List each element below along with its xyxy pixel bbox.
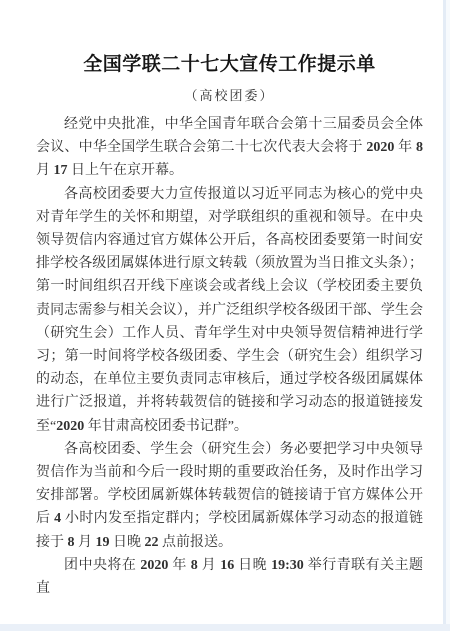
paragraph-live-broadcast: 团中央将在 2020 年 8 月 16 日晚 19:30 举行青联有关主题直	[36, 554, 423, 600]
document-viewer: 全国学联二十七大宣传工作提示单 （高校团委） 经党中央批准，中华全国青年联合会第…	[0, 0, 450, 631]
paragraph-study-deployment: 各高校团委、学生会（研究生会）务必要把学习中央领导贺信作为当前和今后一段时期的重…	[36, 438, 423, 554]
document-body: 经党中央批准，中华全国青年联合会第十三届委员会全体会议、中华全国学生联合会第二十…	[36, 113, 423, 600]
document-page: 全国学联二十七大宣传工作提示单 （高校团委） 经党中央批准，中华全国青年联合会第…	[0, 0, 450, 631]
document-title: 全国学联二十七大宣传工作提示单	[36, 52, 423, 78]
page-edge-bottom	[0, 624, 450, 631]
page-edge-right	[443, 0, 450, 631]
paragraph-publicity-requirements: 各高校团委要大力宣传报道以习近平同志为核心的党中央对青年学生的关怀和期望，对学联…	[36, 183, 423, 438]
document-subtitle: （高校团委）	[36, 87, 423, 105]
paragraph-opening: 经党中央批准，中华全国青年联合会第十三届委员会全体会议、中华全国学生联合会第二十…	[36, 113, 423, 183]
